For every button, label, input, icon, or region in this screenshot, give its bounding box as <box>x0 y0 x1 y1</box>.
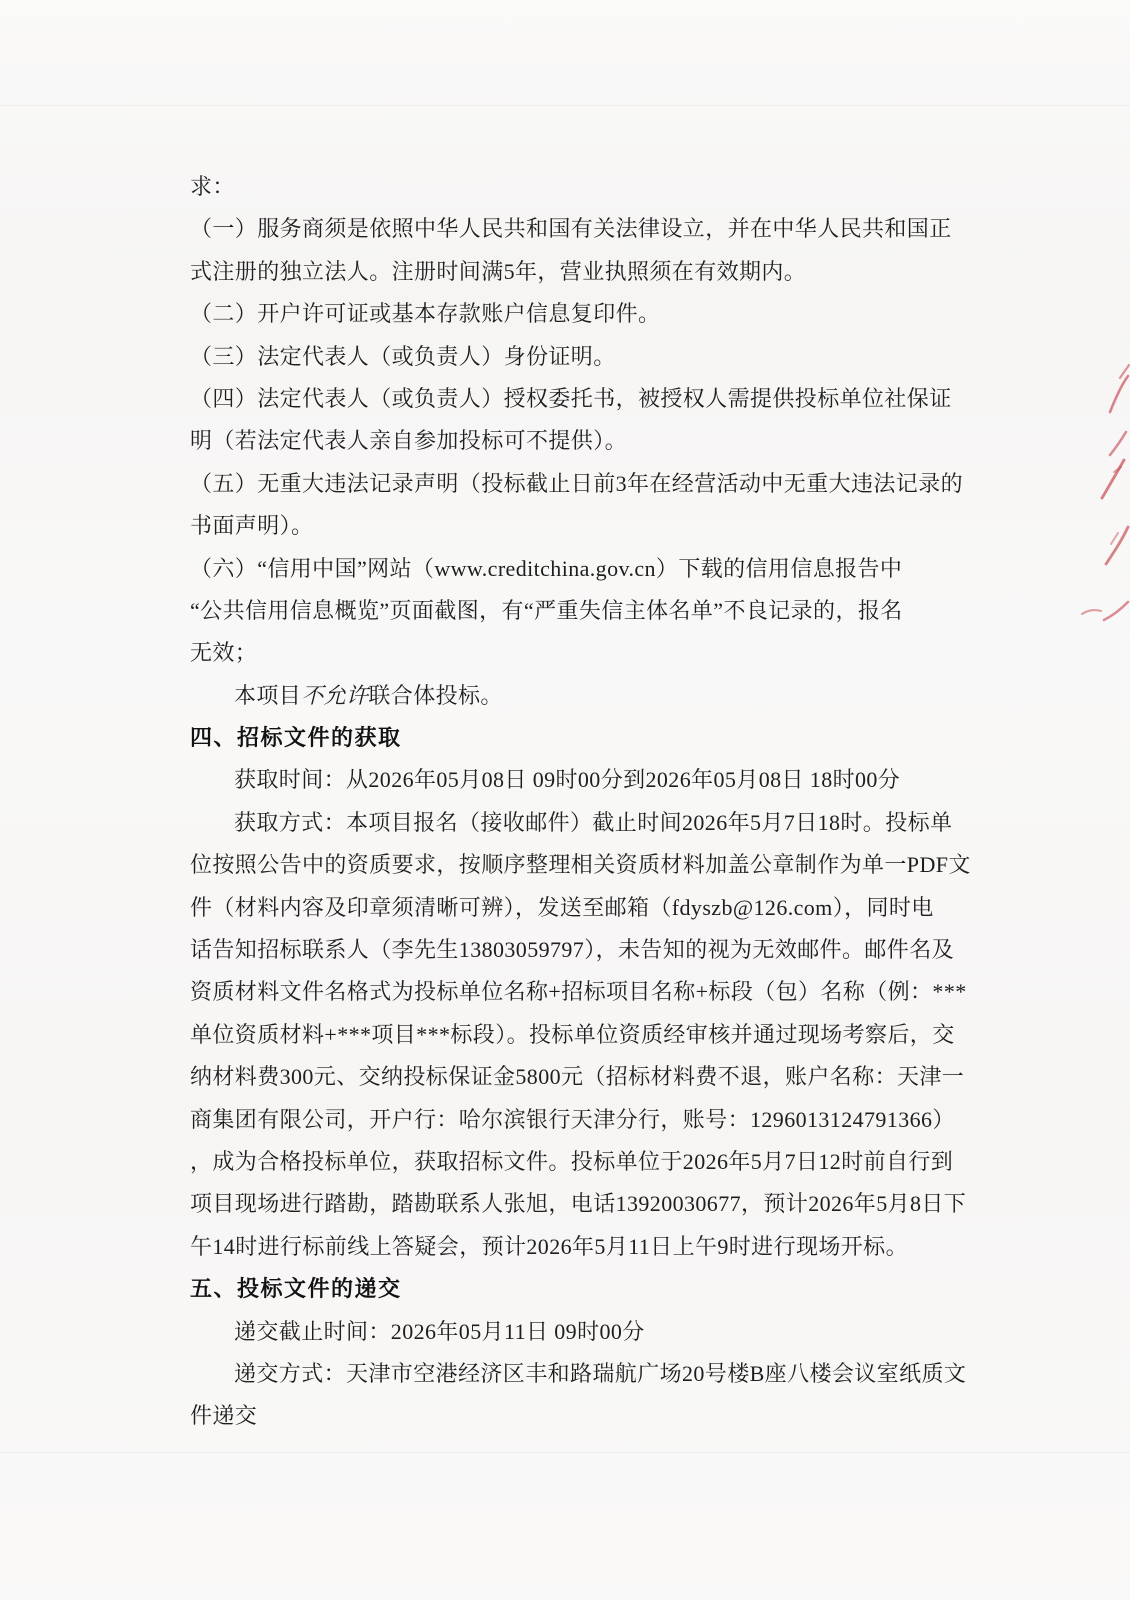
text-line: 话告知招标联系人（李先生13803059797），未告知的视为无效邮件。邮件名及 <box>190 929 972 971</box>
text-line: ，成为合格投标单位，获取招标文件。投标单位于2026年5月7日12时前自行到 <box>190 1141 972 1183</box>
text-line: 纳材料费300元、交纳投标保证金5800元（招标材料费不退，账户名称：天津一 <box>190 1056 972 1098</box>
section-heading: 四、招标文件的获取 <box>190 717 972 759</box>
red-stamp-ink-marks-icon <box>1068 352 1130 642</box>
text-line: 无效； <box>190 632 972 674</box>
text-line: 件（材料内容及印章须清晰可辨），发送至邮箱（fdyszb@126.com），同时… <box>190 887 972 929</box>
text-line: 获取时间：从2026年05月08日 09时00分到2026年05月08日 18时… <box>190 759 972 801</box>
text-line: 式注册的独立法人。注册时间满5年，营业执照须在有效期内。 <box>190 251 972 293</box>
text-line: 项目现场进行踏勘，踏勘联系人张旭，电话13920030677，预计2026年5月… <box>190 1183 972 1225</box>
text-line: （六）“信用中国”网站（www.creditchina.gov.cn）下载的信用… <box>190 548 972 590</box>
text-line: 件递交 <box>190 1395 972 1437</box>
text-line: 午14时进行标前线上答疑会，预计2026年5月11日上午9时进行现场开标。 <box>190 1226 972 1268</box>
text-line: （四）法定代表人（或负责人）授权委托书，被授权人需提供投标单位社保证 <box>190 378 972 420</box>
section-heading: 五、投标文件的递交 <box>190 1268 972 1310</box>
emphasized-text: 不允许 <box>301 683 368 708</box>
text-segment: 联合体投标。 <box>368 683 502 708</box>
text-segment: 本项目 <box>234 683 301 708</box>
text-line: （二）开户许可证或基本存款账户信息复印件。 <box>190 293 972 335</box>
document-body-text: 求：（一）服务商须是依照中华人民共和国有关法律设立，并在中华人民共和国正式注册的… <box>190 166 972 1438</box>
text-line: 求： <box>190 166 972 208</box>
text-line-mixed: 本项目不允许联合体投标。 <box>190 675 972 717</box>
scan-artifact-line <box>0 1452 1130 1453</box>
text-line: （三）法定代表人（或负责人）身份证明。 <box>190 336 972 378</box>
document-page: 求：（一）服务商须是依照中华人民共和国有关法律设立，并在中华人民共和国正式注册的… <box>0 0 1130 1600</box>
text-line: “公共信用信息概览”页面截图，有“严重失信主体名单”不良记录的，报名 <box>190 590 972 632</box>
text-line: 书面声明）。 <box>190 505 972 547</box>
text-line: 商集团有限公司，开户行：哈尔滨银行天津分行，账号：129601312479136… <box>190 1099 972 1141</box>
text-line: 递交截止时间：2026年05月11日 09时00分 <box>190 1311 972 1353</box>
text-line: （一）服务商须是依照中华人民共和国有关法律设立，并在中华人民共和国正 <box>190 208 972 250</box>
text-line: 明（若法定代表人亲自参加投标可不提供）。 <box>190 420 972 462</box>
text-line: 位按照公告中的资质要求，按顺序整理相关资质材料加盖公章制作为单一PDF文 <box>190 844 972 886</box>
text-line: （五）无重大违法记录声明（投标截止日前3年在经营活动中无重大违法记录的 <box>190 463 972 505</box>
scan-artifact-line <box>0 105 1130 106</box>
text-line: 递交方式：天津市空港经济区丰和路瑞航广场20号楼B座八楼会议室纸质文 <box>190 1353 972 1395</box>
text-line: 获取方式：本项目报名（接收邮件）截止时间2026年5月7日18时。投标单 <box>190 802 972 844</box>
text-line: 单位资质材料+***项目***标段）。投标单位资质经审核并通过现场考察后，交 <box>190 1014 972 1056</box>
text-line: 资质材料文件名格式为投标单位名称+招标项目名称+标段（包）名称（例：*** <box>190 971 972 1013</box>
